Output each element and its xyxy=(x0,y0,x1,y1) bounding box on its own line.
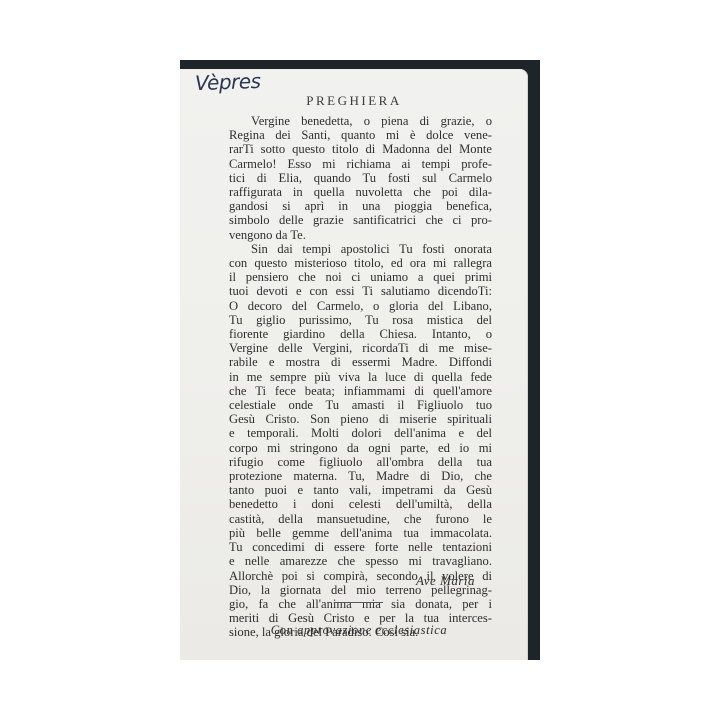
ecclesiastical-approval: Con approvazione ecclesiastica xyxy=(180,623,538,638)
text-line: simbolo delle grazie santificatrici che … xyxy=(229,213,492,227)
text-line: celestiale onde Tu amasti il Figliuolo t… xyxy=(229,398,492,412)
text-line: tuoi devoti e con essi Ti salutiamo dice… xyxy=(229,284,492,298)
signoff-ave-maria: Ave Maria xyxy=(180,573,475,589)
text-line: Carmelo! Esso mi richiama ai tempi profe… xyxy=(229,157,492,171)
text-line: in me sempre più viva la luce di quella … xyxy=(229,370,492,384)
text-line: vengono da Te. xyxy=(229,228,492,242)
text-line: rifugio come figliuolo all'ombra della t… xyxy=(229,455,492,469)
text-line: O decoro del Carmelo, o gloria del Liban… xyxy=(229,299,492,313)
text-line: gio, fa che all'anima mia sia donata, pe… xyxy=(229,597,492,611)
paragraph-1: Vergine benedetta, o piena di grazie, o … xyxy=(229,114,492,242)
text-line: e temporali. Molti dolori dell'anima e d… xyxy=(229,426,492,440)
divider-rule xyxy=(334,602,383,603)
prayer-title: PREGHIERA xyxy=(180,93,528,109)
text-line: fiorente giardino della Chiesa. Intanto,… xyxy=(229,327,492,341)
text-line: corpo mi stringono da ogni parte, ed io … xyxy=(229,441,492,455)
text-line: Regina dei Santi, quanto mi è dolce vene… xyxy=(229,128,492,142)
text-line: castità, della mansuetudine, che furono … xyxy=(229,512,492,526)
text-line: Sin dai tempi apostolici Tu fosti onorat… xyxy=(229,242,492,256)
text-line: gandosi si aprì in una pioggia benefica, xyxy=(229,199,492,213)
text-line: Vergine benedetta, o piena di grazie, o xyxy=(229,114,492,128)
text-line: benedetto i doni celesti dell'umiltà, de… xyxy=(229,497,492,511)
text-line: il pensiero che noi ci uniamo a quei pri… xyxy=(229,270,492,284)
text-line: protezione materna. Tu, Madre di Dio, ch… xyxy=(229,469,492,483)
text-line: e nelle amarezze che spesso mi travaglia… xyxy=(229,554,492,568)
text-line: che Ti fece beata; infiammami di quell'a… xyxy=(229,384,492,398)
text-line: tici di Elia, quando Tu fosti sul Carmel… xyxy=(229,171,492,185)
prayer-body: Vergine benedetta, o piena di grazie, o … xyxy=(229,114,492,640)
text-line: tanto puoi e tanto vali, impetrami da Ge… xyxy=(229,483,492,497)
text-line: rarTi sotto questo titolo di Madonna del… xyxy=(229,142,492,156)
text-line: Tu concedimi di essere forte nelle tenta… xyxy=(229,540,492,554)
handwritten-note: Vèpres xyxy=(195,69,261,95)
text-line: rabile e mostra di essermi Madre. Diffon… xyxy=(229,355,492,369)
text-line: con questo misterioso titolo, ed ora mi … xyxy=(229,256,492,270)
text-line: Vergine delle Vergini, ricordaTi di me m… xyxy=(229,341,492,355)
text-line: Gesù Cristo. Son pieno di miserie spirit… xyxy=(229,412,492,426)
text-line: raffigurata in quella nuvoletta che poi … xyxy=(229,185,492,199)
text-line: più belle gemme dell'anima tua immacolat… xyxy=(229,526,492,540)
text-line: Tu giglio purissimo, Tu rosa mistica del xyxy=(229,313,492,327)
